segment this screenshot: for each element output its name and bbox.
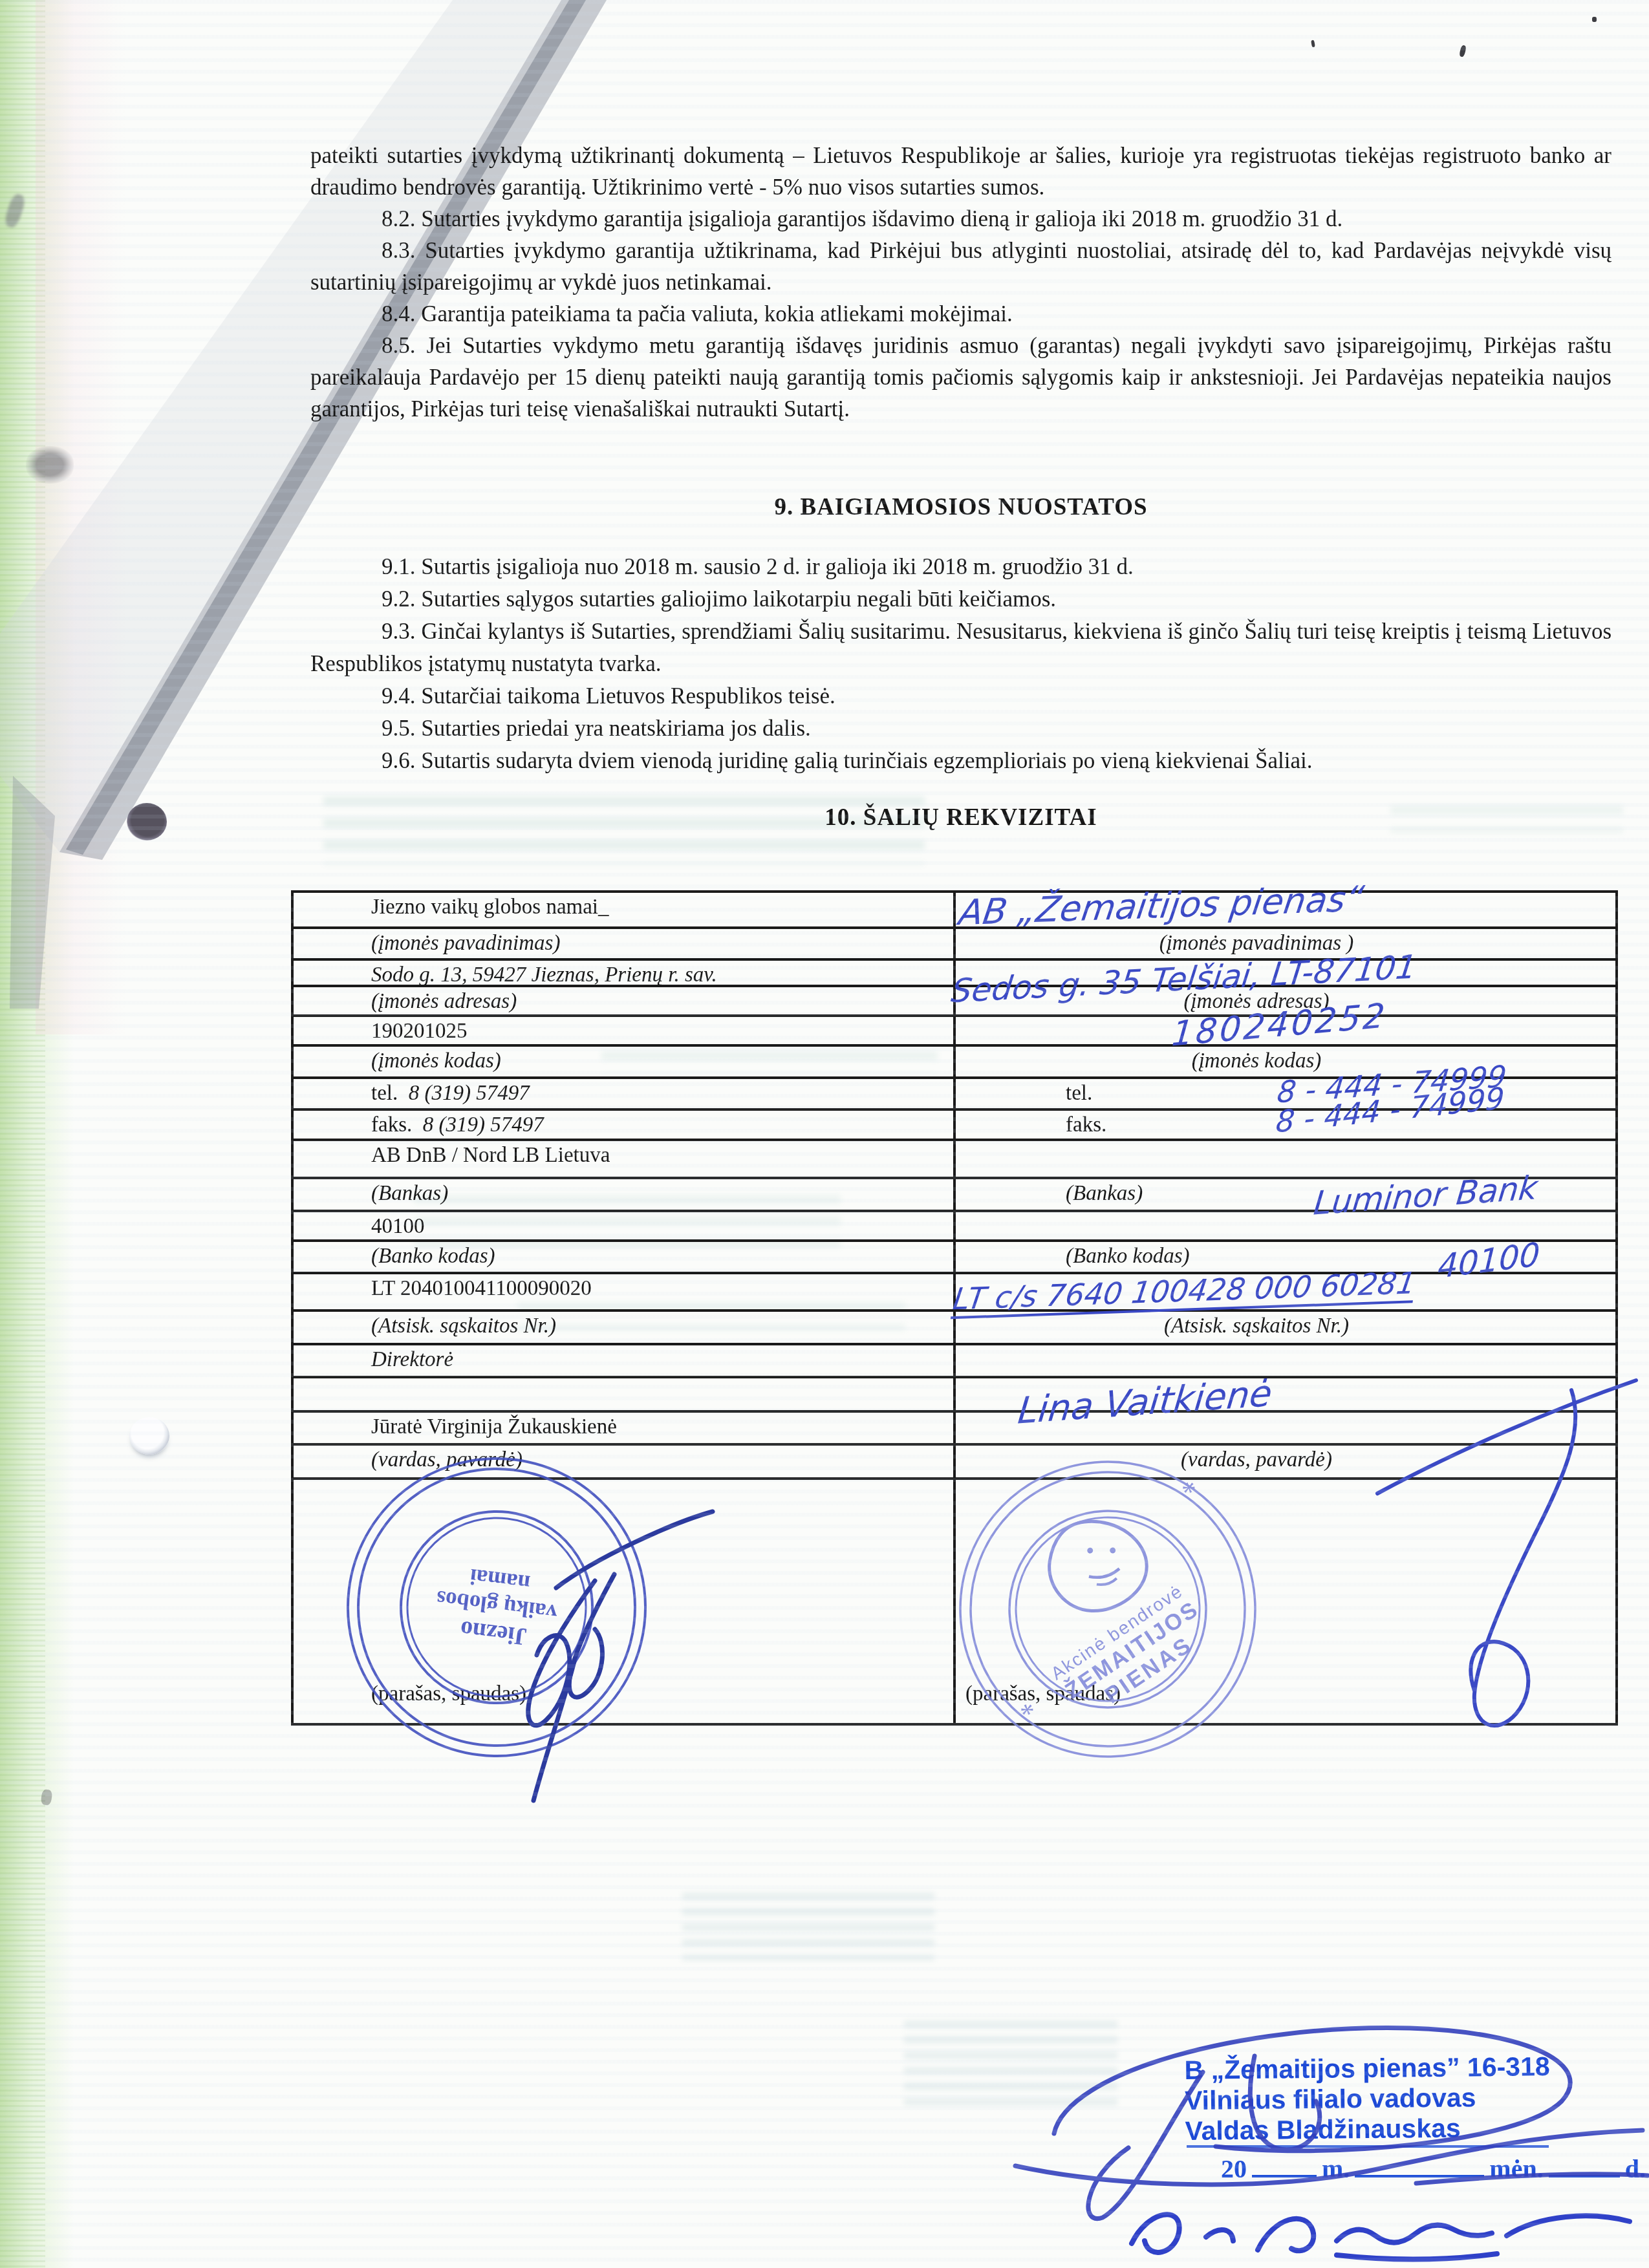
- bottom-signature: [1109, 2197, 1649, 2268]
- scan-speck: [1459, 45, 1467, 57]
- scan-speck: [1592, 17, 1597, 22]
- table-row: 40100: [294, 1212, 1615, 1242]
- buyer-company-code: 190201025: [294, 1017, 956, 1044]
- hole-punch-mark: [127, 803, 167, 840]
- clause-8-5: 8.5. Jei Sutarties vykdymo metu garantij…: [310, 330, 1611, 425]
- clause-9-1: 9.1. Sutartis įsigalioja nuo 2018 m. sau…: [310, 551, 1611, 583]
- clauses-9-block: 9.1. Sutartis įsigalioja nuo 2018 m. sau…: [310, 551, 1611, 777]
- clause-8-4: 8.4. Garantija pateikiama ta pačia valiu…: [310, 298, 1611, 330]
- hole-punch-mark: [129, 1417, 169, 1455]
- table-row: Jiezno vaikų globos namai_: [294, 893, 1615, 929]
- scan-artifact: [26, 446, 74, 484]
- clause-8-3: 8.3. Sutarties įvykdymo garantija užtikr…: [310, 235, 1611, 298]
- bleed-through-artifact: [682, 1893, 934, 1960]
- label-company-name: (įmonės pavadinimas): [294, 929, 956, 958]
- label-company-name: (įmonės pavadinimas ): [956, 929, 1615, 958]
- table-row: AB DnB / Nord LB Lietuva: [294, 1141, 1615, 1179]
- clause-8-intro: pateikti sutarties įvykdymą užtikrinantį…: [310, 140, 1611, 203]
- label-bank: (Bankas): [294, 1179, 956, 1210]
- buyer-bank: AB DnB / Nord LB Lietuva: [294, 1141, 956, 1177]
- buyer-title-director: Direktorė: [294, 1345, 956, 1376]
- buyer-bank-code: 40100: [294, 1212, 956, 1239]
- buyer-signatory-name: Jūratė Virginija Žukauskienė: [294, 1413, 956, 1443]
- buyer-address: Sodo g. 13, 59427 Jieznas, Prienų r. sav…: [294, 961, 956, 985]
- label-company-code: (įmonės kodas): [294, 1047, 956, 1076]
- scan-speck: [1311, 40, 1315, 48]
- stamp-star: *: [1178, 1474, 1203, 1509]
- svg-text:LIETUVOS RESPUBLIKA: LIETUVOS RESPUBLIKA: [1077, 1761, 1263, 1764]
- clause-9-6: 9.6. Sutartis sudaryta dviem vienodą jur…: [310, 745, 1611, 777]
- label-account-number: (Atsisk. sąskaitos Nr.): [294, 1312, 956, 1343]
- seller-signature: [1358, 1364, 1643, 1765]
- buyer-account-number: LT 204010041100090020: [294, 1274, 956, 1309]
- buyer-company-name: Jiezno vaikų globos namai_: [294, 893, 956, 926]
- label-account-number: (Atsisk. sąskaitos Nr.): [956, 1312, 1615, 1343]
- clauses-8-block: pateikti sutarties įvykdymą užtikrinantį…: [310, 140, 1611, 425]
- clause-8-2: 8.2. Sutarties įvykdymo garantija įsigal…: [310, 203, 1611, 235]
- clause-9-2: 9.2. Sutarties sąlygos sutarties galioji…: [310, 583, 1611, 615]
- section-9-title: 9. BAIGIAMOSIOS NUOSTATOS: [310, 493, 1611, 521]
- clause-9-3: 9.3. Ginčai kylantys iš Sutarties, spren…: [310, 615, 1611, 680]
- label-bank-code: (Banko kodas): [294, 1242, 956, 1272]
- buyer-fax: faks. 8 (319) 57497: [294, 1111, 956, 1139]
- buyer-phone: tel. 8 (319) 57497: [294, 1079, 956, 1108]
- clause-9-4: 9.4. Sutarčiai taikoma Lietuvos Respubli…: [310, 680, 1611, 712]
- scanned-contract-page: pateikti sutarties įvykdymą užtikrinantį…: [0, 0, 1649, 2268]
- stamp-ring-text: LIETUVOS RESPUBLIKA: [1077, 1761, 1263, 1764]
- label-company-address: (įmonės adresas): [294, 987, 956, 1014]
- clause-9-5: 9.5. Sutarties priedai yra neatskiriama …: [310, 712, 1611, 745]
- buyer-signature: [401, 1448, 763, 1810]
- seller-round-stamp: LIETUVOS RESPUBLIKA TELŠIAI * * Akcinė b…: [953, 1454, 1263, 1764]
- section-10-title: 10. ŠALIŲ REKVIZITAI: [310, 804, 1611, 831]
- table-row: 190201025: [294, 1017, 1615, 1047]
- label-company-code: (įmonės kodas): [956, 1047, 1615, 1076]
